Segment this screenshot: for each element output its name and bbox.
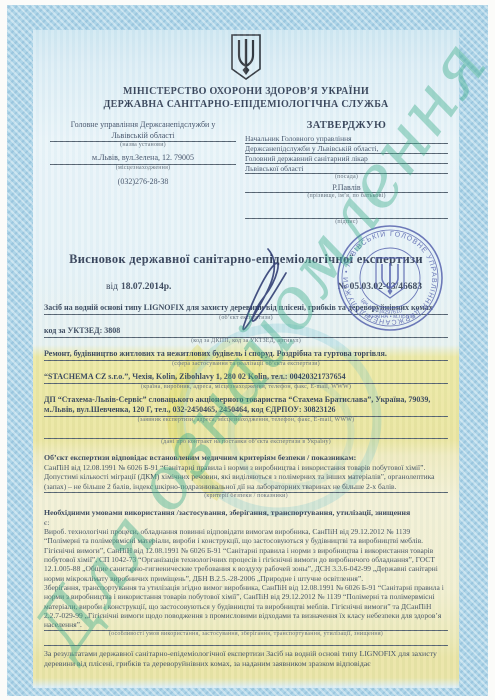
conditions-body: є: Вироб. технологічні процеси, обладнан… [44,518,448,632]
institution-block: Головне управління Держсанепідслужби у Л… [50,120,236,226]
institution-phone: (032)276-28-38 [50,177,236,188]
criteria-body: СанПіН від 12.08.1991 № 6026 Б-91 “Саніт… [44,463,448,493]
position-caption: (посада) [245,174,448,181]
criteria-heading: Об’єкт експертизи відповідає встановлени… [44,453,448,463]
approve-label: ЗАТВЕРДЖУЮ [245,120,448,131]
field-sphere: Ремонт, будівництво житлових та нежитлов… [44,349,448,368]
contract-caption: (дані про контракт на поставки об’єкта е… [44,439,448,446]
date-prefix: від [106,282,118,292]
ministry-line1: МІНІСТЕРСТВО ОХОРОНИ ЗДОРОВ’Я УКРАЇНИ [44,86,448,99]
institution-name: Головне управління Держсанепідслужби у Л… [50,120,236,142]
signature-line [245,200,448,219]
header-columns: Головне управління Держсанепідслужби у Л… [44,120,448,226]
signature-scrawl [230,235,300,345]
approval-block: ЗАТВЕРДЖУЮ Начальник Головного управлінн… [245,120,448,226]
approver-name: Р.Павлів [245,183,448,193]
field-applicant: ДП “Стахема-Львів-Сервіс” словацького ак… [44,395,448,424]
institution-address-caption: (місцезнаходження) [50,165,236,172]
applicant-value: ДП “Стахема-Львів-Сервіс” словацького ак… [44,395,448,417]
institution-address: м.Львів, вул.Зелена, 12. 79005 [50,153,236,165]
sphere-value: Ремонт, будівництво житлових та нежитлов… [44,349,448,361]
applicant-caption: (заявник експертизи, адреса, місцезнаход… [44,417,448,424]
field-criteria: Об’єкт експертизи відповідає встановлени… [44,453,448,500]
document-sheet: МІНІСТЕРСТВО ОХОРОНИ ЗДОРОВ’Я УКРАЇНИ ДЕ… [33,30,459,688]
contract-value [44,428,448,439]
conclusion-paragraph: За результатами державної санітарно-епід… [44,645,448,669]
field-conditions: Необхідними умовами використання /застос… [44,508,448,639]
trident-emblem-icon [229,33,263,81]
approver-name-caption: (прізвище, ім’я, по батькові) [245,193,448,200]
field-contract: (дані про контракт на поставки об’єкта е… [44,428,448,446]
field-manufacturer: “STACHEMA CZ s.r.o.”, Чехія, Kolin, Zibo… [44,372,448,391]
stamp-bottom-text: УКРАЇНА • м.ЛЬВІВ [365,313,415,320]
criteria-caption: (критерії безпеки / показники) [44,493,448,500]
document-date: від18.07.2014р. [106,282,171,292]
certificate-document: МІНІСТЕРСТВО ОХОРОНИ ЗДОРОВ’Я УКРАЇНИ ДЕ… [0,0,495,700]
conditions-heading: Необхідними умовами використання /застос… [44,508,448,518]
ministry-line2: ДЕРЖАВНА САНІТАРНО-ЕПІДЕМІОЛОГІЧНА СЛУЖБ… [44,99,448,112]
manufacturer-caption: (країна, виробник, адреса, місцезнаходже… [44,384,448,391]
manufacturer-value: “STACHEMA CZ s.r.o.”, Чехія, Kolin, Zibo… [44,372,448,384]
ministry-header: МІНІСТЕРСТВО ОХОРОНИ ЗДОРОВ’Я УКРАЇНИ ДЕ… [44,86,448,111]
sphere-caption: (сфера застосування та реалізації об’єкт… [44,361,448,368]
institution-name-caption: (назва установи) [50,142,236,149]
approver-position: Начальник Головного управління Держсанеп… [245,134,448,174]
official-round-stamp: ГОЛОВНЕ УПРАВЛІННЯ ДЕРЖСАНЕПІДСЛУЖБИ • Л… [334,222,446,334]
date-value: 18.07.2014р. [121,282,171,292]
conditions-caption: (особливості умов використання, застосув… [44,631,448,638]
